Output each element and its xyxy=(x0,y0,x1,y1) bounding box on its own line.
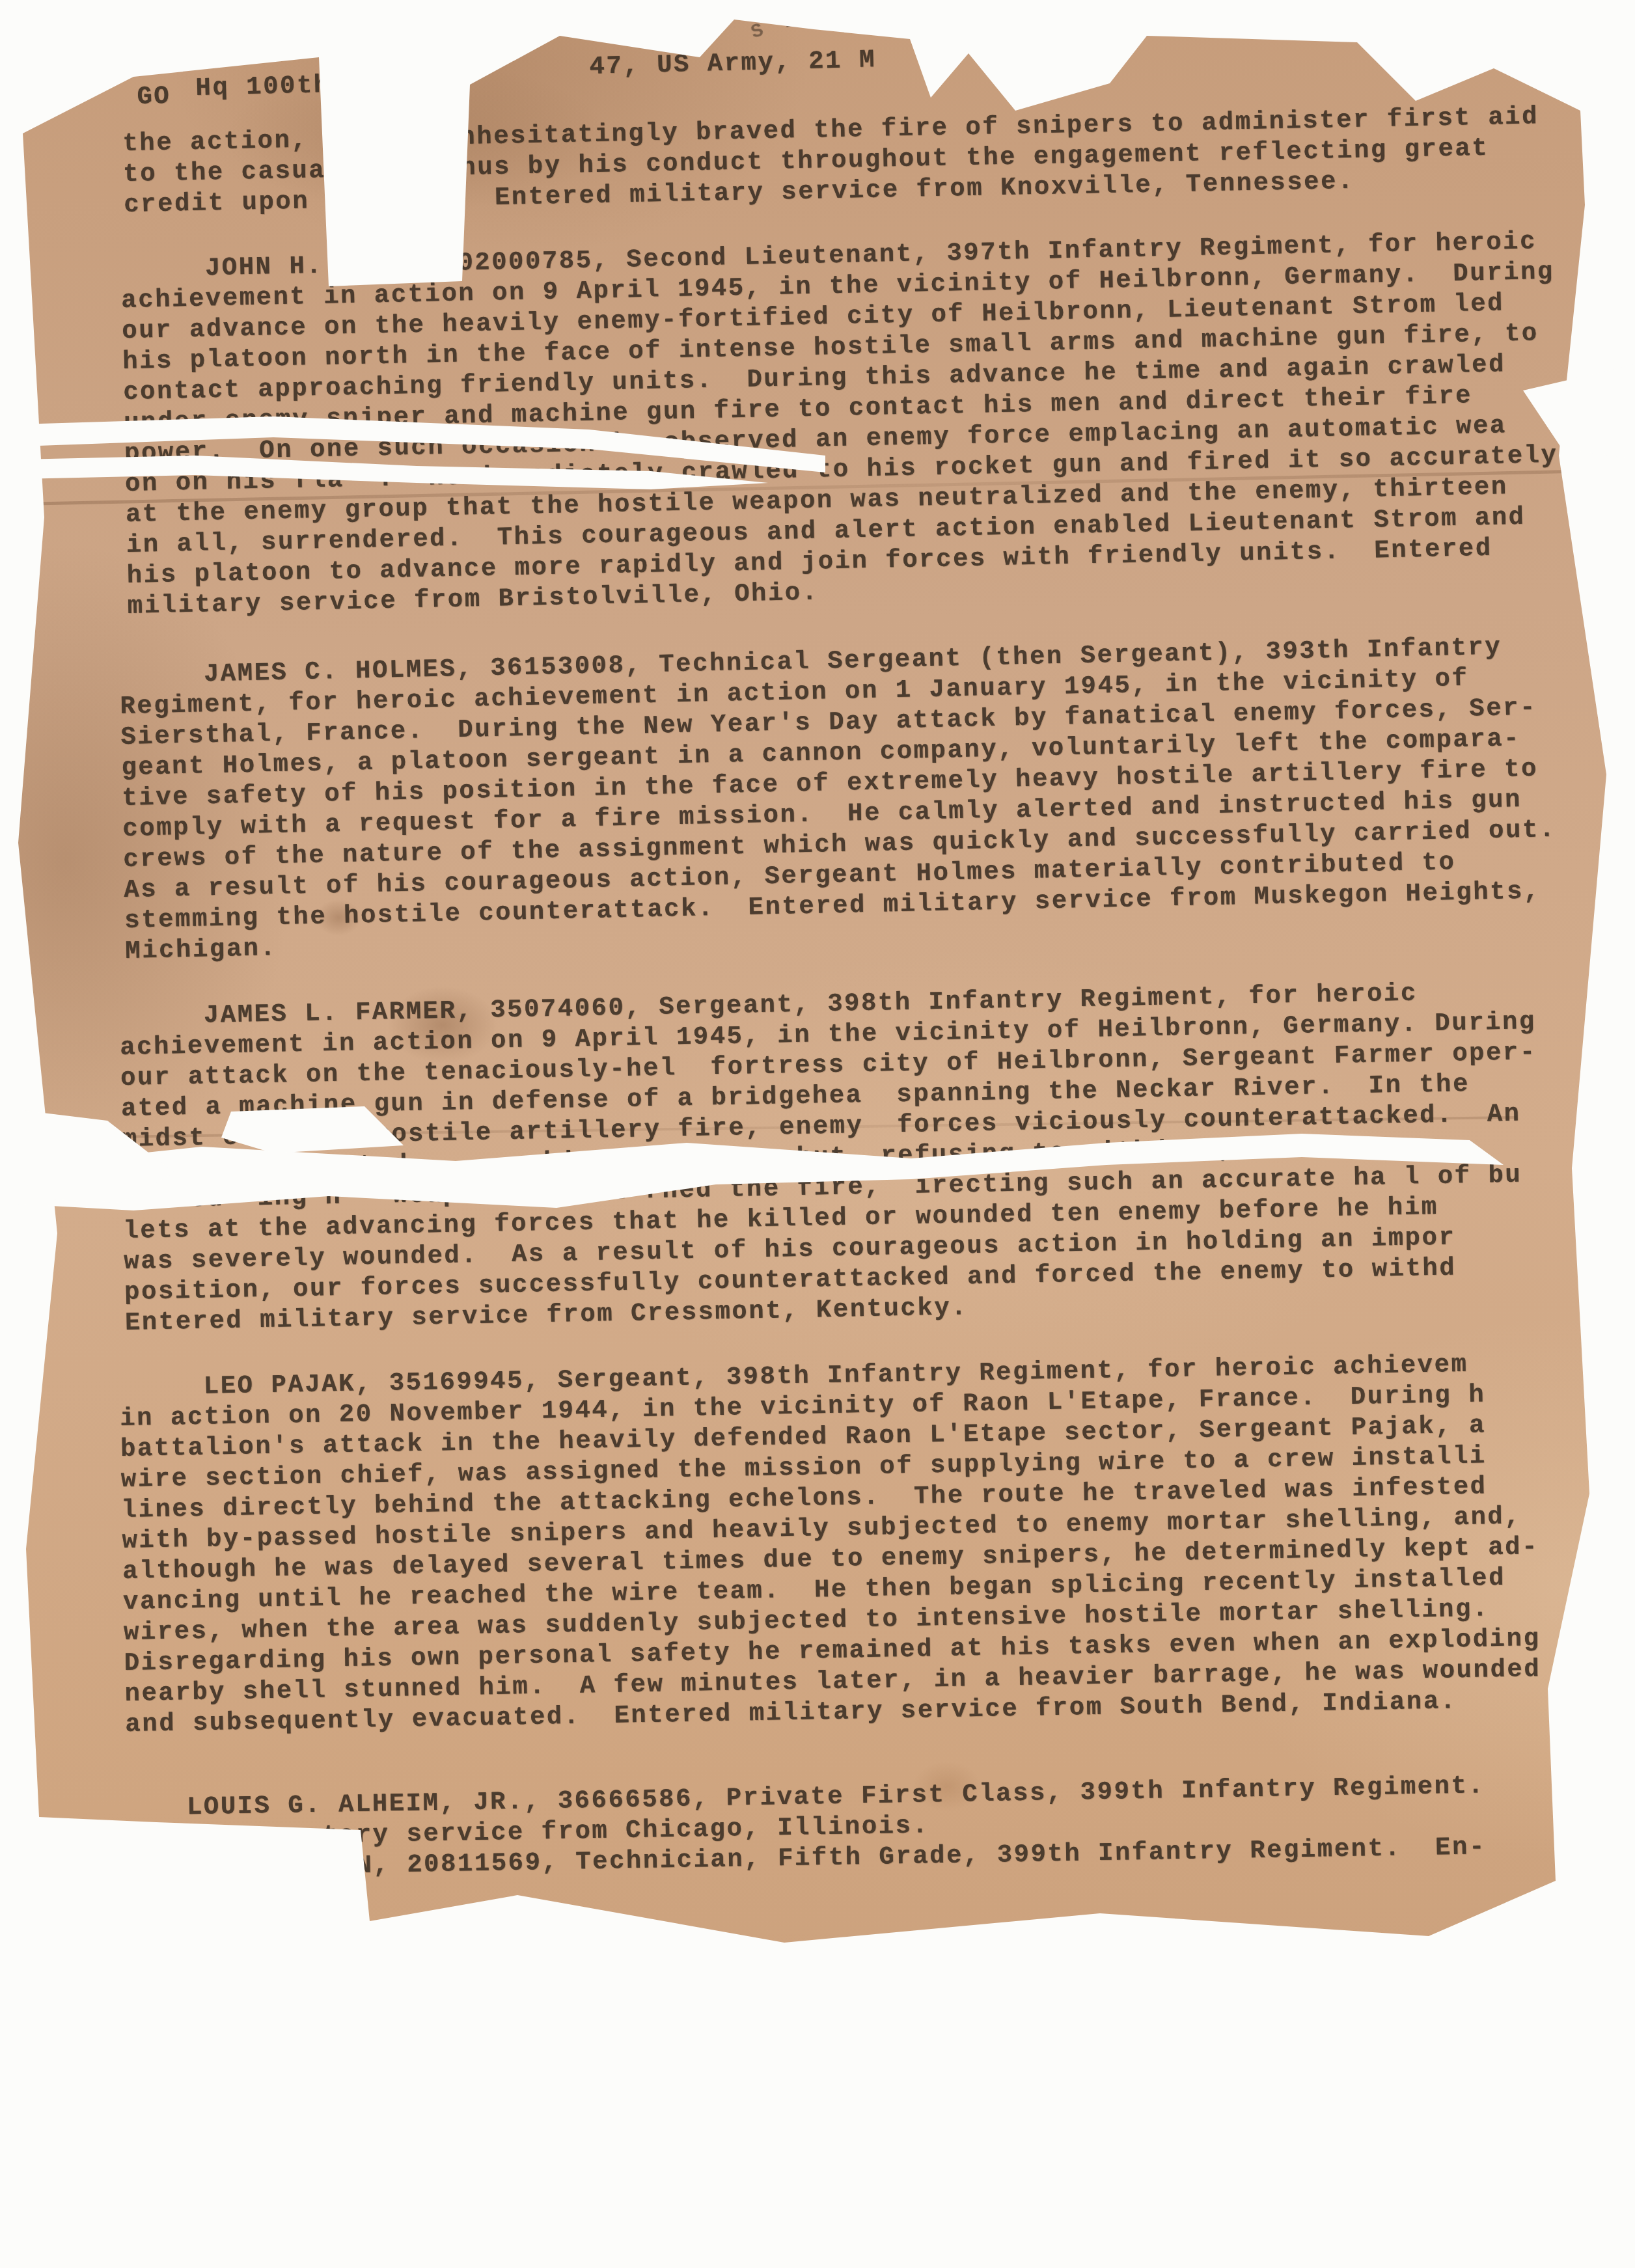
header-overstamp-marks: S 1 - - xyxy=(749,0,868,44)
paragraph-citation-knoxville: the action, and he unhesitatingly braved… xyxy=(122,102,1540,221)
header-go-label: GO xyxy=(137,81,171,113)
header-order-date: 47, US Army, 21 M 45 ( xyxy=(589,42,995,83)
paragraph-citation-alheim: LOUIS G. ALHEIM, JR., 36666586, Private … xyxy=(119,1771,1486,1885)
paragraph-citation-holmes: JAMES C. HOLMES, 36153008, Technical Ser… xyxy=(119,631,1558,967)
header-unit-label: Hq 100th Inf xyxy=(195,68,398,104)
paragraph-citation-pajak: LEO PAJAK, 35169945, Sergeant, 398th Inf… xyxy=(119,1348,1541,1740)
scan-background: GO Hq 100th Inf 47, US Army, 21 M 45 ( S… xyxy=(0,0,1635,2268)
